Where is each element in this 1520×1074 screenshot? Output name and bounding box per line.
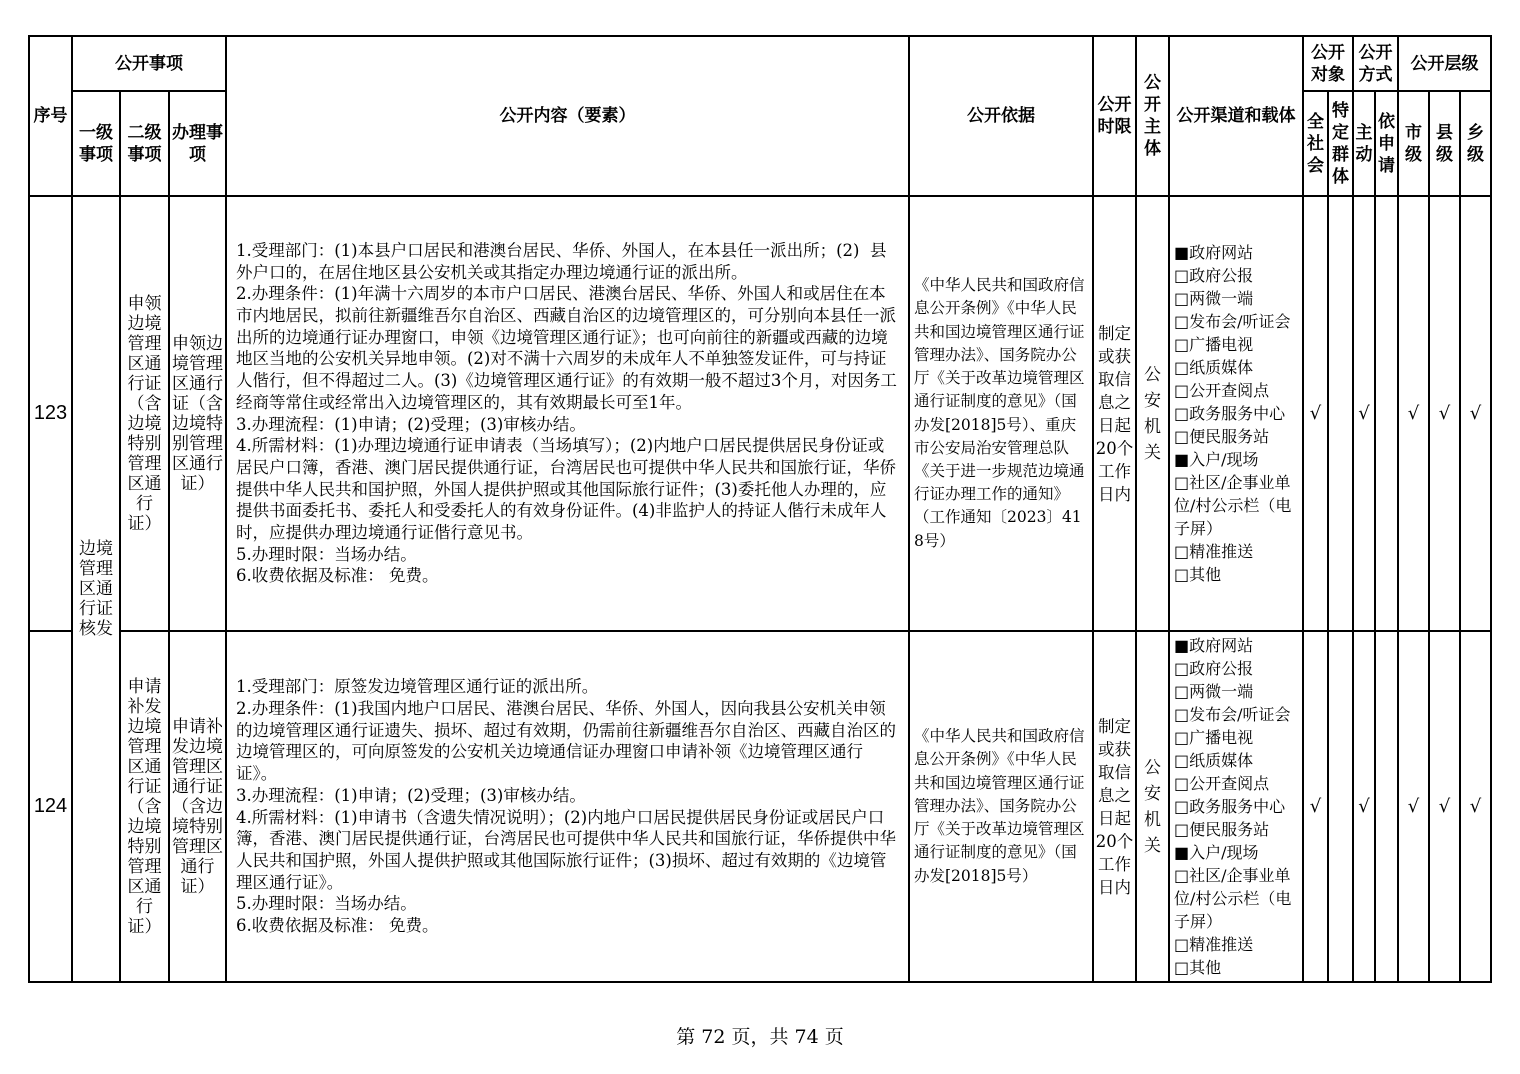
col-header-group-shixiang: 公开事项 (72, 36, 226, 91)
checkbox-unchecked-icon: □发布会/听证会 (1174, 703, 1298, 726)
checkbox-unchecked-icon: □其他 (1174, 563, 1298, 586)
mark-yishenqing (1375, 196, 1398, 631)
col-header-erji: 二级事项 (120, 91, 169, 196)
mark-xianji: √ (1429, 196, 1460, 631)
checkbox-unchecked-icon: □公开查阅点 (1174, 379, 1298, 402)
cell-disclosure-subject: 公安机关 (1136, 631, 1169, 982)
cell-disclosure-content: 1.受理部门：(1)本县户口居民和港澳台居民、华侨、外国人，在本县任一派出所；(… (226, 196, 909, 631)
col-header-quanshehui: 全社会 (1303, 91, 1328, 196)
col-header-zhuti: 公开主体 (1136, 36, 1169, 196)
checkbox-checked-icon: ■入户/现场 (1174, 448, 1298, 471)
col-header-neirong: 公开内容（要素） (226, 36, 909, 196)
col-header-yishenqing: 依申请 (1375, 91, 1398, 196)
mark-quanshehui: √ (1303, 631, 1328, 982)
checkbox-checked-icon: ■入户/现场 (1174, 841, 1298, 864)
checkbox-checked-icon: ■政府网站 (1174, 634, 1298, 657)
col-header-banli: 办理事项 (169, 91, 226, 196)
col-header-group-duixiang: 公开对象 (1303, 36, 1353, 91)
checkbox-unchecked-icon: □精准推送 (1174, 933, 1298, 956)
checkbox-unchecked-icon: □其他 (1174, 956, 1298, 979)
col-header-yiji: 一级事项 (72, 91, 120, 196)
checkbox-unchecked-icon: □公开查阅点 (1174, 772, 1298, 795)
disclosure-table: 序号 公开事项 公开内容（要素） 公开依据 公开时限 公开主体 公开渠道和载体 … (28, 35, 1492, 983)
mark-shiji: √ (1398, 196, 1429, 631)
cell-channel-checklist: ■政府网站□政府公报□两微一端□发布会/听证会□广播电视□纸质媒体□公开查阅点□… (1169, 196, 1303, 631)
mark-xianji: √ (1429, 631, 1460, 982)
cell-disclosure-basis: 《中华人民共和国政府信息公开条例》《中华人民共和国边境管理区通行证管理办法》、国… (909, 196, 1093, 631)
col-header-xuhao: 序号 (29, 36, 72, 196)
checkbox-unchecked-icon: □广播电视 (1174, 333, 1298, 356)
table-row-124: 124 申请补发边境管理区通行证（含边境特别管理区通行证） 申请补发边境管理区通… (29, 631, 1491, 982)
col-header-teding: 特定群体 (1328, 91, 1353, 196)
mark-yishenqing (1375, 631, 1398, 982)
checkbox-unchecked-icon: □便民服务站 (1174, 425, 1298, 448)
checkbox-unchecked-icon: □社区/企事业单位/村公示栏（电子屏） (1174, 864, 1298, 933)
checkbox-unchecked-icon: □政府公报 (1174, 657, 1298, 680)
checkbox-unchecked-icon: □社区/企事业单位/村公示栏（电子屏） (1174, 471, 1298, 540)
mark-teding (1328, 196, 1353, 631)
cell-handling-item: 申请补发边境管理区通行证（含边境特别管理区通行证） (169, 631, 226, 982)
cell-disclosure-subject: 公安机关 (1136, 196, 1169, 631)
cell-channel-checklist: ■政府网站□政府公报□两微一端□发布会/听证会□广播电视□纸质媒体□公开查阅点□… (1169, 631, 1303, 982)
mark-zhudong: √ (1353, 196, 1375, 631)
cell-serial-number: 124 (29, 631, 72, 982)
checkbox-unchecked-icon: □两微一端 (1174, 680, 1298, 703)
col-header-group-fangshi: 公开方式 (1353, 36, 1398, 91)
cell-level2-item: 申请补发边境管理区通行证（含边境特别管理区通行证） (120, 631, 169, 982)
col-header-shiji: 市级 (1398, 91, 1429, 196)
mark-teding (1328, 631, 1353, 982)
page-number-footer: 第 72 页，共 74 页 (0, 1022, 1520, 1049)
col-header-zhudong: 主动 (1353, 91, 1375, 196)
checkbox-unchecked-icon: □纸质媒体 (1174, 356, 1298, 379)
mark-zhudong: √ (1353, 631, 1375, 982)
checkbox-unchecked-icon: □广播电视 (1174, 726, 1298, 749)
cell-time-limit: 制定或获取信息之日起20个工作日内 (1093, 631, 1136, 982)
col-header-xianji: 县级 (1429, 91, 1460, 196)
header-row-groups: 序号 公开事项 公开内容（要素） 公开依据 公开时限 公开主体 公开渠道和载体 … (29, 36, 1491, 91)
checkbox-unchecked-icon: □便民服务站 (1174, 818, 1298, 841)
table-row-123: 123 边境管理区通行证核发 申领边境管理区通行证（含边境特别管理区通行证） 申… (29, 196, 1491, 631)
mark-xiangji: √ (1460, 196, 1491, 631)
checkbox-unchecked-icon: □政务服务中心 (1174, 402, 1298, 425)
cell-disclosure-basis: 《中华人民共和国政府信息公开条例》《中华人民共和国边境管理区通行证管理办法》、国… (909, 631, 1093, 982)
cell-time-limit: 制定或获取信息之日起20个工作日内 (1093, 196, 1136, 631)
col-header-qudao: 公开渠道和载体 (1169, 36, 1303, 196)
mark-xiangji: √ (1460, 631, 1491, 982)
cell-level2-item: 申领边境管理区通行证（含边境特别管理区通行证） (120, 196, 169, 631)
cell-serial-number: 123 (29, 196, 72, 631)
checkbox-unchecked-icon: □政府公报 (1174, 264, 1298, 287)
col-header-yiju: 公开依据 (909, 36, 1093, 196)
col-header-group-cengji: 公开层级 (1398, 36, 1491, 91)
checkbox-unchecked-icon: □精准推送 (1174, 540, 1298, 563)
checkbox-unchecked-icon: □纸质媒体 (1174, 749, 1298, 772)
col-header-xiangji: 乡级 (1460, 91, 1491, 196)
col-header-shixian: 公开时限 (1093, 36, 1136, 196)
mark-quanshehui: √ (1303, 196, 1328, 631)
cell-level1-item-merged: 边境管理区通行证核发 (72, 196, 120, 982)
cell-disclosure-content: 1.受理部门：原签发边境管理区通行证的派出所。 2.办理条件：(1)我国内地户口… (226, 631, 909, 982)
checkbox-unchecked-icon: □政务服务中心 (1174, 795, 1298, 818)
checkbox-checked-icon: ■政府网站 (1174, 241, 1298, 264)
checkbox-unchecked-icon: □两微一端 (1174, 287, 1298, 310)
checkbox-unchecked-icon: □发布会/听证会 (1174, 310, 1298, 333)
cell-handling-item: 申领边境管理区通行证（含边境特别管理区通行证） (169, 196, 226, 631)
mark-shiji: √ (1398, 631, 1429, 982)
